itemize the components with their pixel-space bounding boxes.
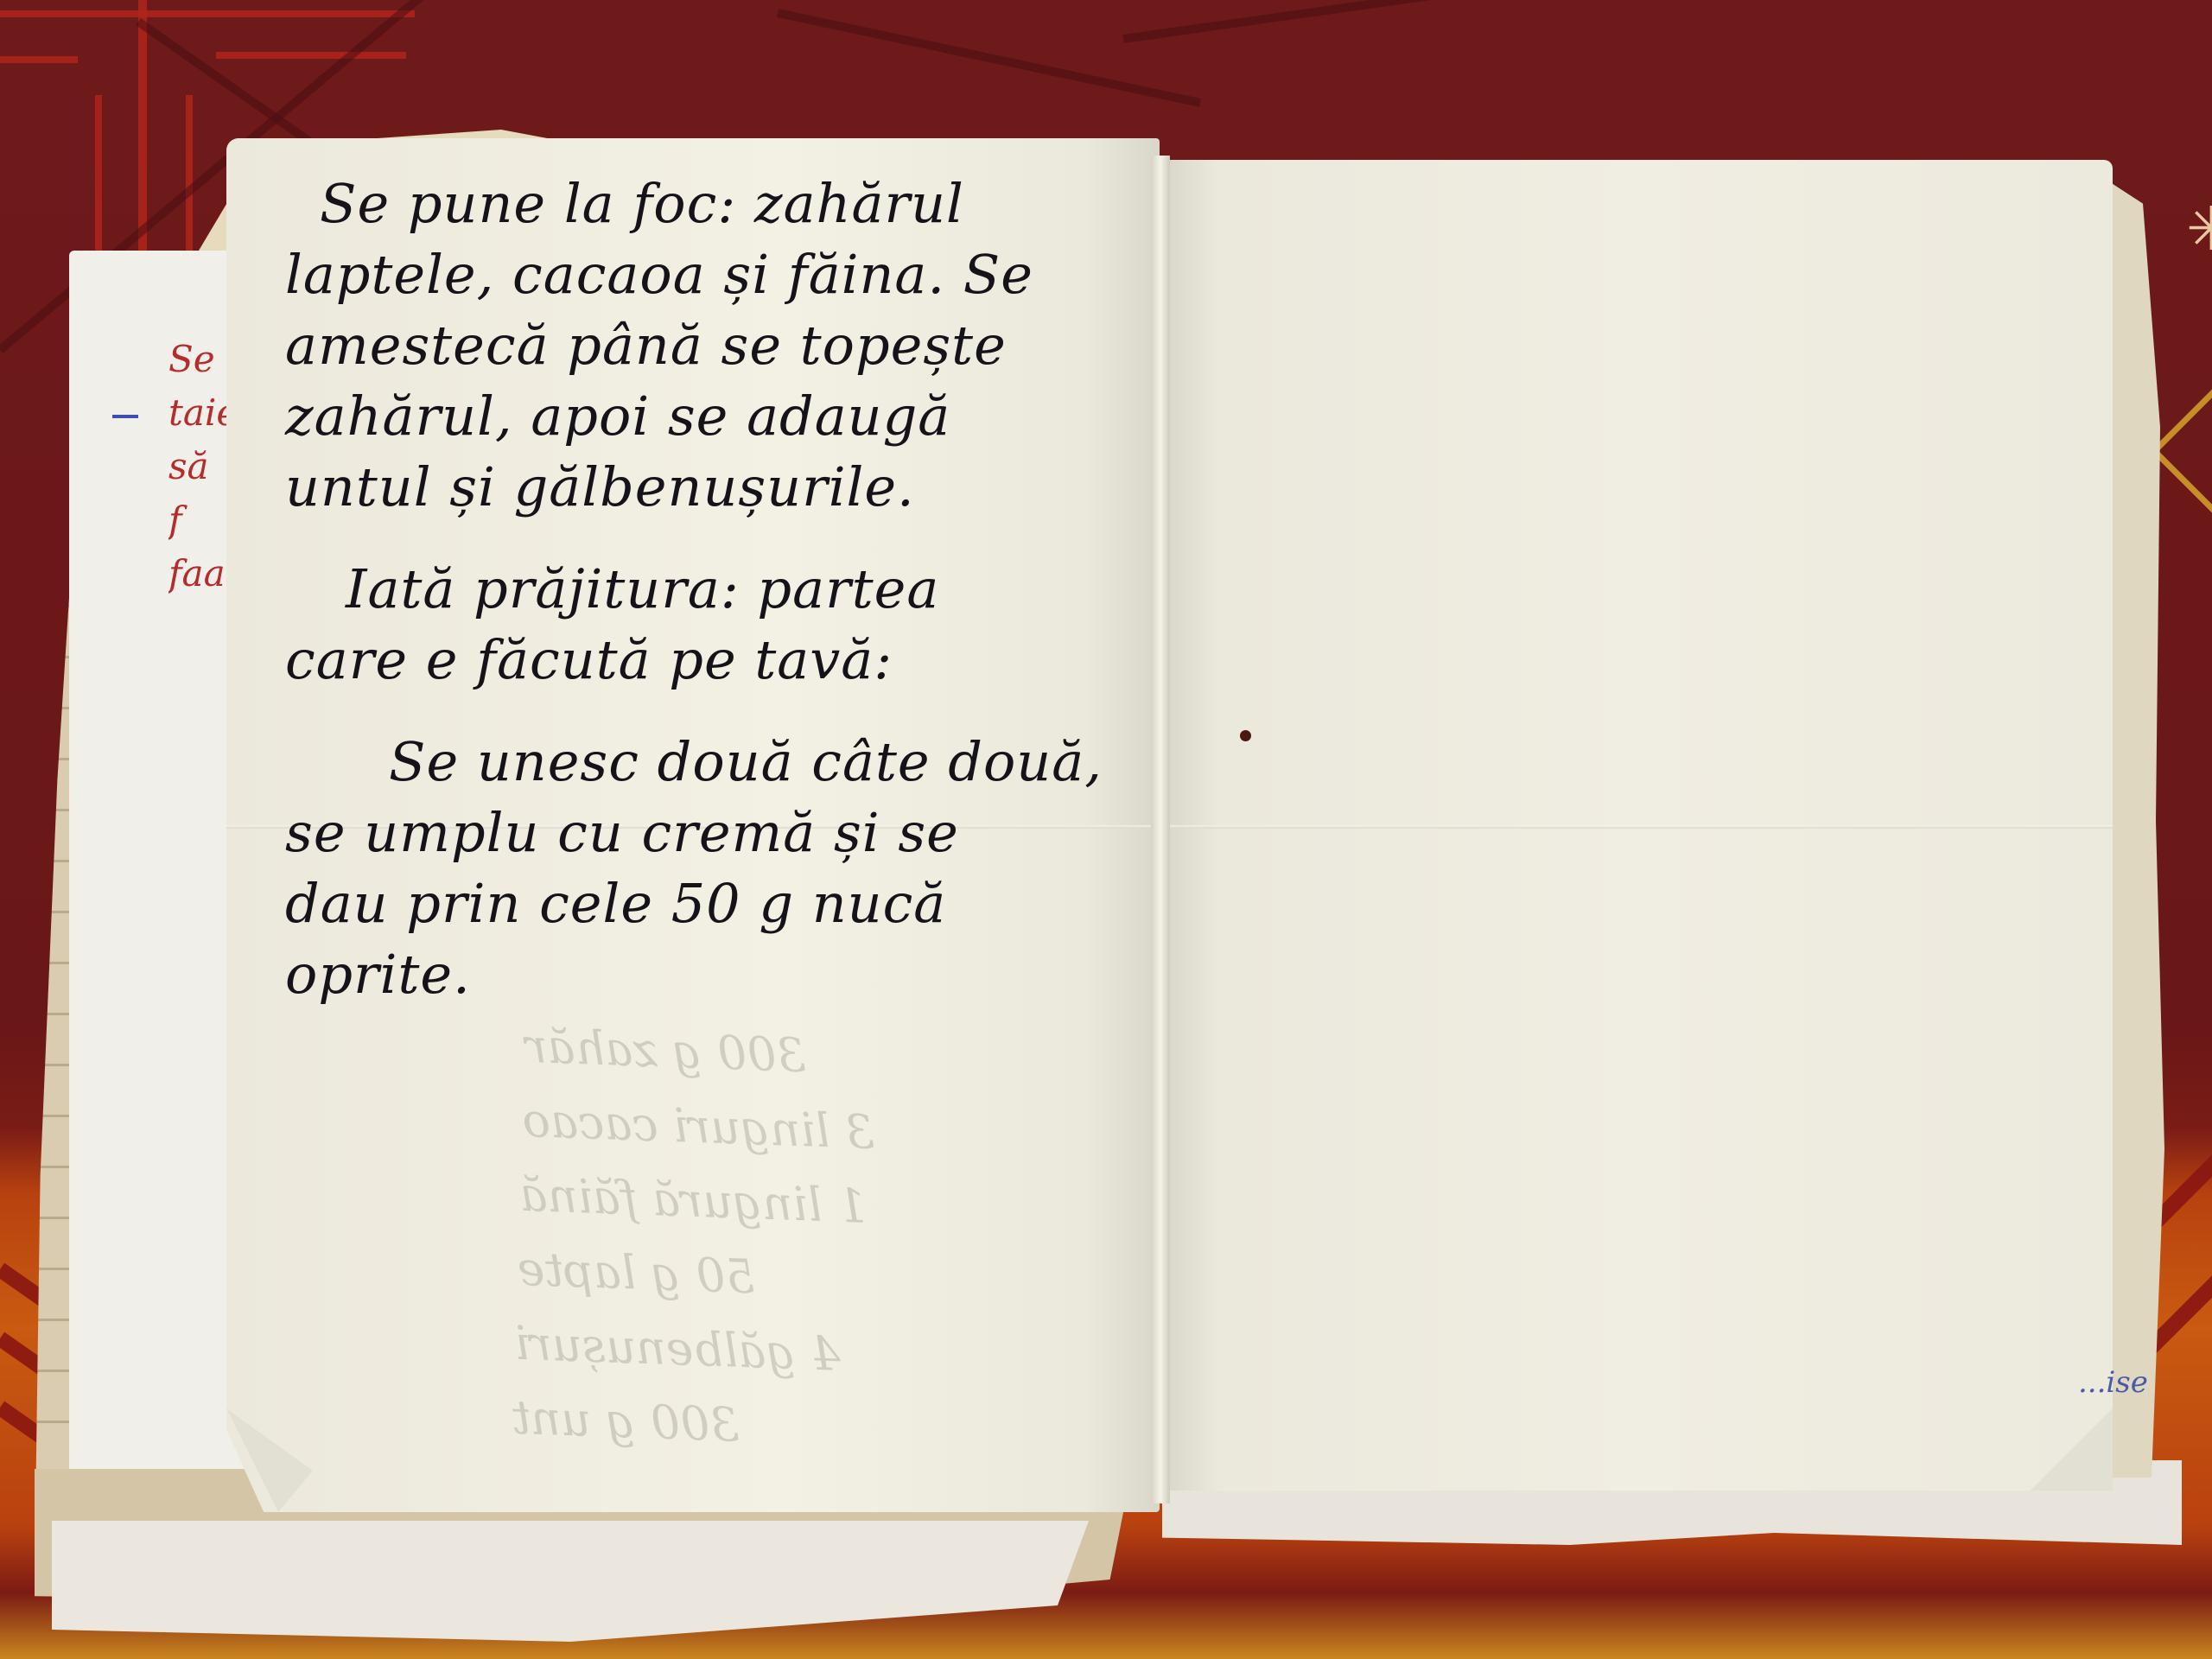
corner-blue-note: ...ise bbox=[2078, 1365, 2148, 1400]
notebook-spine bbox=[1151, 156, 1170, 1503]
red-text-line: taie bbox=[168, 386, 229, 440]
recipe-line: Iată prăjitura: partea bbox=[285, 554, 1132, 625]
tablecloth-pattern-line bbox=[777, 9, 1201, 107]
recipe-line: laptele, cacaoa și făina. Se bbox=[285, 239, 1132, 310]
notebook-right-page bbox=[1162, 160, 2113, 1491]
recipe-line: dau prin cele 50 g nucă bbox=[285, 868, 1132, 939]
red-text-line: Se bbox=[168, 333, 229, 386]
page-fold-crease bbox=[1162, 825, 2113, 829]
tablecloth-pattern-line bbox=[0, 56, 78, 63]
recipe-line: Se unesc două câte două, bbox=[285, 727, 1132, 798]
handwritten-recipe: Se pune la foc: zahărul laptele, cacaoa … bbox=[285, 168, 1132, 1010]
tablecloth-pattern-line bbox=[1122, 0, 1894, 43]
blue-ink-mark bbox=[112, 415, 138, 418]
recipe-line: se umplu cu cremă și se bbox=[285, 798, 1132, 868]
red-text-line: faa bbox=[168, 547, 229, 601]
recipe-line: oprite. bbox=[285, 939, 1132, 1010]
recipe-line: Se pune la foc: zahărul bbox=[285, 168, 1132, 239]
recipe-line: amestecă până se topește bbox=[285, 310, 1132, 381]
tablecloth-pattern-line bbox=[216, 52, 406, 59]
recipe-line: untul și gălbenușurile. bbox=[285, 452, 1132, 523]
bleed-through-ingredients: 300 g zahăr 3 linguri cacao 1 lingură fă… bbox=[511, 1009, 1131, 1476]
tablecloth-pattern-line bbox=[0, 10, 415, 17]
margin-sheet-red-text: Se taie să f faa bbox=[168, 333, 229, 601]
tablecloth-star-motif: ✳ bbox=[2186, 199, 2212, 259]
recipe-line: zahărul, apoi se adaugă bbox=[285, 381, 1132, 452]
ink-spot bbox=[1240, 730, 1251, 741]
red-text-line: să f bbox=[168, 440, 229, 547]
recipe-line: care e făcută pe tavă: bbox=[285, 625, 1132, 696]
